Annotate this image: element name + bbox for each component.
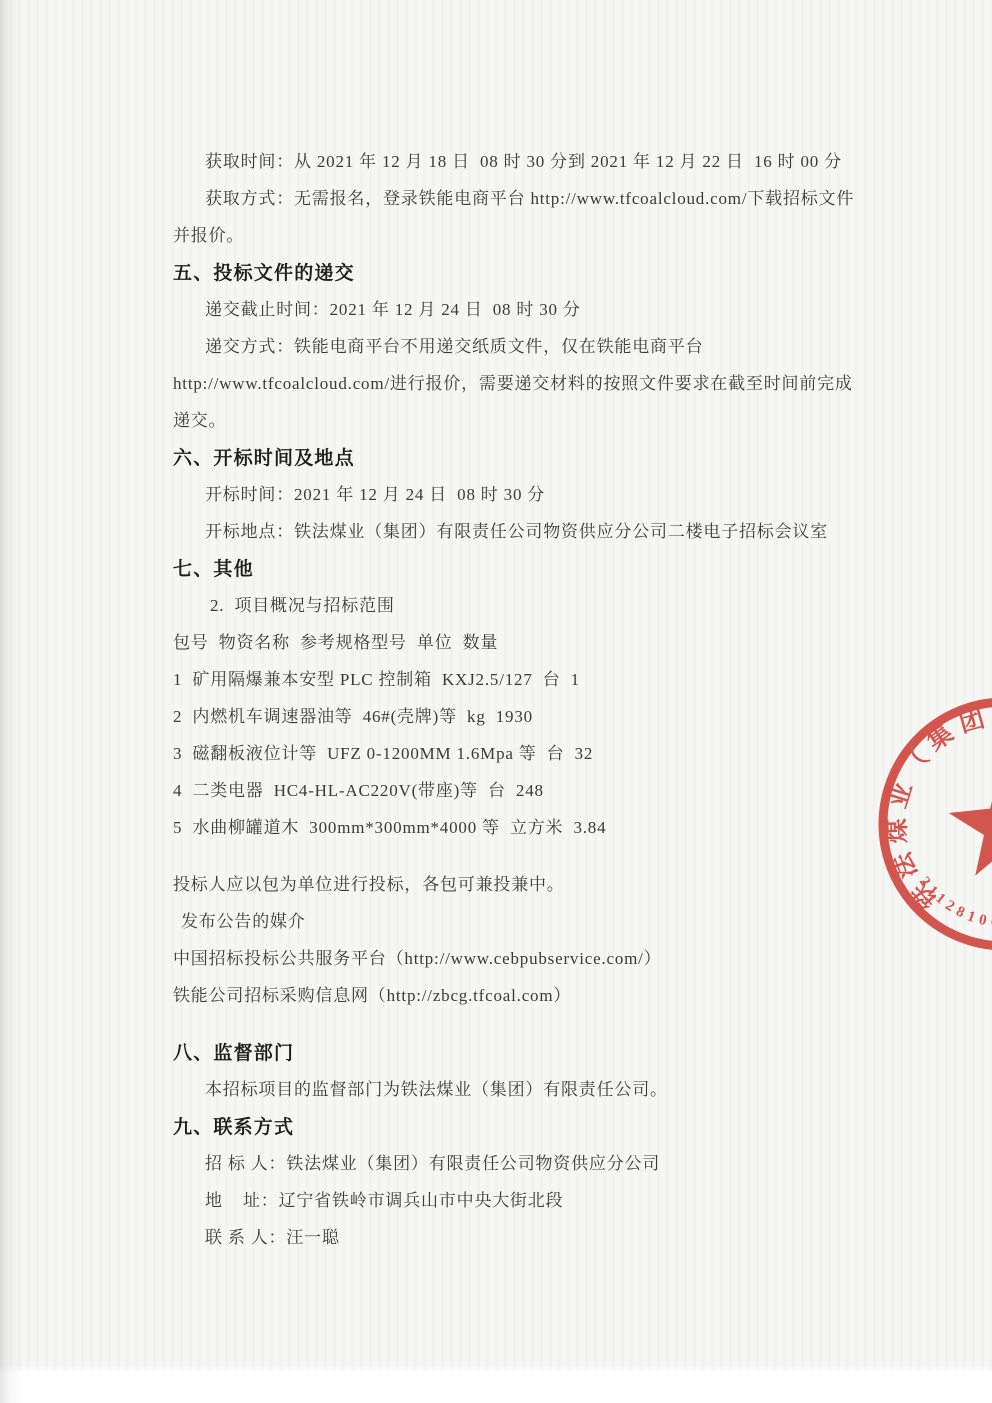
section-heading: 七、其他 (173, 559, 878, 580)
doc-line: 递交截止时间：2021 年 12 月 24 日 08 时 30 分 (205, 300, 878, 319)
doc-line: http://www.tfcoalcloud.com/进行报价，需要递交材料的按… (173, 374, 878, 393)
doc-line: 铁能公司招标采购信息网（http://zbcg.tfcoal.com） (173, 986, 878, 1005)
doc-line: 地 址：辽宁省铁岭市调兵山市中央大街北段 (205, 1191, 878, 1210)
blank-line (173, 1023, 878, 1043)
doc-line: 包号 物资名称 参考规格型号 单位 数量 (173, 633, 878, 652)
doc-line: 1 矿用隔爆兼本安型 PLC 控制箱 KXJ2.5/127 台 1 (173, 670, 878, 689)
doc-line: 本招标项目的监督部门为铁法煤业（集团）有限责任公司。 (205, 1080, 878, 1099)
doc-line: 并报价。 (173, 226, 878, 245)
doc-line: 开标地点：铁法煤业（集团）有限责任公司物资供应分公司二楼电子招标会议室 (205, 522, 878, 541)
doc-line: 递交方式：铁能电商平台不用递交纸质文件，仅在铁能电商平台 (205, 337, 878, 356)
section-heading: 五、投标文件的递交 (173, 263, 878, 284)
doc-line: 递交。 (173, 411, 878, 430)
section-heading: 六、开标时间及地点 (173, 448, 878, 469)
doc-line: 获取时间：从 2021 年 12 月 18 日 08 时 30 分到 2021 … (205, 152, 878, 171)
doc-line: 2. 项目概况与招标范围 (210, 596, 878, 615)
doc-line: 中国招标投标公共服务平台（http://www.cebpubservice.co… (173, 949, 878, 968)
doc-line: 2 内燃机车调速器油等 46#(壳牌)等 kg 1930 (173, 707, 878, 726)
section-heading: 九、联系方式 (173, 1117, 878, 1138)
doc-line: 发布公告的媒介 (181, 912, 878, 931)
doc-line: 获取方式：无需报名，登录铁能电商平台 http://www.tfcoalclou… (205, 189, 878, 208)
star-icon (945, 763, 992, 877)
document-content: 获取时间：从 2021 年 12 月 18 日 08 时 30 分到 2021 … (173, 152, 878, 1265)
doc-line: 3 磁翻板液位计等 UFZ 0-1200MM 1.6Mpa 等 台 32 (173, 744, 878, 763)
doc-line: 联 系 人：汪一聪 (205, 1228, 878, 1247)
doc-line: 开标时间：2021 年 12 月 24 日 08 时 30 分 (205, 485, 878, 504)
blank-line (173, 855, 878, 875)
scanned-document-page: 获取时间：从 2021 年 12 月 18 日 08 时 30 分到 2021 … (0, 0, 992, 1403)
company-seal-stamp: 铁法煤业（集团）有限责任公司 21128100000 (869, 688, 992, 960)
doc-line: 投标人应以包为单位进行投标，各包可兼投兼中。 (173, 875, 878, 894)
doc-line: 招 标 人：铁法煤业（集团）有限责任公司物资供应分公司 (205, 1154, 878, 1173)
section-heading: 八、监督部门 (173, 1043, 878, 1064)
doc-line: 4 二类电器 HC4-HL-AC220V(带座)等 台 248 (173, 781, 878, 800)
doc-line: 5 水曲柳罐道木 300mm*300mm*4000 等 立方米 3.84 (173, 818, 878, 837)
